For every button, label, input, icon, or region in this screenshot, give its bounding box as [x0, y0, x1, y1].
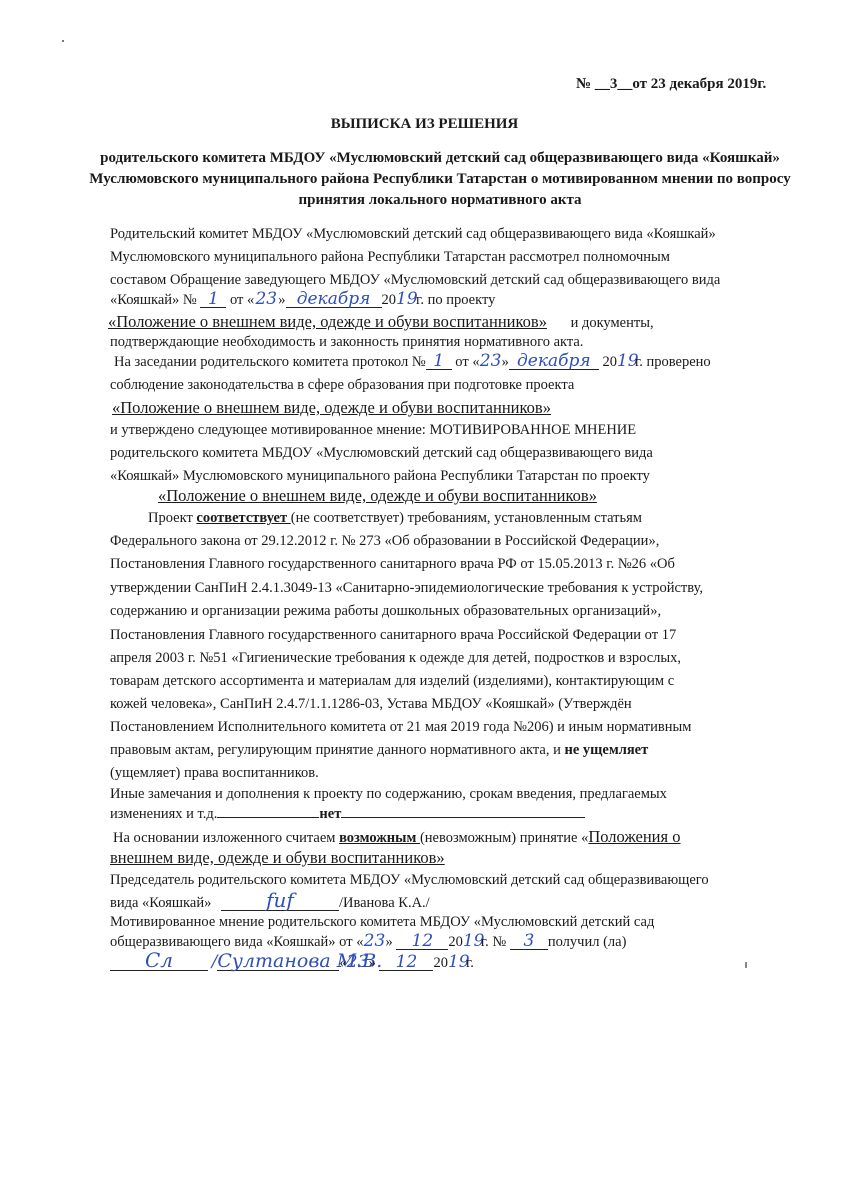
text-line: подтверждающие необходимость и законност…: [110, 334, 583, 351]
handwritten-field-day: 23: [347, 955, 369, 970]
text: г.: [466, 955, 474, 971]
scan-speck: [62, 40, 64, 42]
handwritten-field-month: декабря: [509, 354, 599, 370]
text-line: Родительский комитет МБДОУ «Муслюмовский…: [110, 226, 716, 243]
handwritten-field-year: 19: [617, 354, 635, 369]
document-number: № __3__от 23 декабря 2019г.: [576, 76, 766, 93]
recipient-signature-field: Сл: [110, 953, 208, 971]
text-line: «Кояшкай» № 1 от «23»декабря2019г. по пр…: [110, 292, 495, 309]
project-name-part: внешнем виде, одежде и обуви воспитанник…: [110, 848, 445, 867]
text: г. проверено: [635, 354, 711, 370]
handwritten-day: 23: [480, 351, 502, 371]
text-line: «Положение о внешнем виде, одежде и обув…: [112, 398, 551, 418]
handwritten-field-month: 12: [396, 934, 448, 950]
text: »: [369, 955, 376, 971]
conformity-status: соответствует: [196, 510, 290, 526]
remarks-value: нет: [319, 806, 341, 822]
text: «: [339, 955, 346, 971]
text: «Кояшкай» №: [110, 292, 197, 308]
text-line: Постановлением Исполнительного комитета …: [110, 719, 691, 736]
rights-status: не ущемляет: [564, 742, 648, 758]
handwritten-field-day: 23: [254, 292, 278, 307]
text: получил (ла): [548, 934, 627, 950]
handwritten-field-number: 3: [510, 934, 548, 950]
text-line: общеразвивающего вида «Кояшкай» от «23» …: [110, 934, 626, 951]
blank-line: [341, 817, 585, 818]
handwritten-field-month: декабря: [286, 292, 382, 308]
text: 20: [382, 292, 397, 308]
text: 20: [433, 955, 448, 971]
text-line: составом Обращение заведующего МБДОУ «Му…: [110, 272, 720, 289]
text-line: Мотивированное мнение родительского коми…: [110, 914, 654, 931]
handwritten-field-month: 12: [379, 955, 433, 971]
handwritten-day: 23: [255, 289, 277, 309]
text: На заседании родительского комитета прот…: [114, 354, 426, 370]
text: от «: [230, 292, 254, 308]
text: изменениях и т.д.: [110, 806, 217, 822]
text-line: утверждении СанПиН 2.4.1.3049-13 «Санита…: [110, 580, 703, 597]
text-line: Муслюмовского муниципального района Респ…: [110, 249, 670, 266]
text-line: и утверждено следующее мотивированное мн…: [110, 422, 636, 439]
handwritten-year: 19: [396, 289, 418, 309]
text-line: изменениях и т.д.нет: [110, 806, 585, 823]
text: и документы,: [571, 315, 654, 331]
chairman-signature: fuf: [266, 888, 294, 912]
project-name-part: Положения о: [588, 827, 680, 846]
text-line: апреля 2003 г. №51 «Гигиенические требов…: [110, 650, 681, 667]
chairman-name: /Иванова К.А./: [339, 895, 430, 911]
text: вида «Кояшкай»: [110, 895, 211, 911]
project-name: «Положение о внешнем виде, одежде и обув…: [108, 312, 547, 331]
text-line: «Положение о внешнем виде, одежде и обув…: [158, 486, 597, 506]
text-line: Постановления Главного государственного …: [110, 627, 676, 644]
handwritten-number: 1: [208, 289, 219, 309]
handwritten-month: 12: [396, 952, 418, 972]
text-line: Иные замечания и дополнения к проекту по…: [110, 786, 667, 803]
handwritten-field-year: 19: [448, 955, 466, 970]
chairman-signature-field: fuf: [221, 893, 339, 911]
text: »: [385, 934, 392, 950]
text-line: (ущемляет) права воспитанников.: [110, 765, 319, 782]
text-line: Федерального закона от 29.12.2012 г. № 2…: [110, 533, 659, 550]
text-line: кожей человека», СанПиН 2.4.7/1.1.1286-0…: [110, 696, 632, 713]
text: »: [502, 354, 509, 370]
handwritten-field-year: 19: [463, 934, 481, 949]
document-title: ВЫПИСКА ИЗ РЕШЕНИЯ: [0, 116, 849, 133]
handwritten-field-year: 19: [396, 292, 416, 307]
recipient-name-field: Султанова М.В.: [217, 954, 339, 971]
text: правовым актам, регулирующим принятие да…: [110, 742, 564, 758]
handwritten-day: 23: [347, 952, 369, 972]
text: Проект: [148, 510, 196, 526]
text-line: вида «Кояшкай» fuf/Иванова К.А./: [110, 893, 430, 912]
recipient-signature: Сл: [145, 948, 173, 972]
text-line: Постановления Главного государственного …: [110, 556, 675, 573]
text-line: соблюдение законодательства в сфере обра…: [110, 377, 574, 394]
scan-speck: [745, 962, 747, 968]
blank-line: [217, 817, 319, 818]
text-line: На основании изложенного считаем возможн…: [113, 827, 680, 847]
handwritten-field-number: 1: [426, 354, 452, 370]
text-line: Сл /Султанова М.В.«23» 122019г.: [110, 952, 474, 972]
handwritten-number: 3: [523, 931, 534, 951]
text-line: родительского комитета МБДОУ «Муслюмовск…: [110, 445, 653, 462]
text: 20: [602, 354, 617, 370]
text: »: [278, 292, 285, 308]
text: от «: [455, 354, 479, 370]
text: На основании изложенного считаем: [113, 830, 339, 846]
text-line: Председатель родительского комитета МБДО…: [110, 872, 709, 889]
text: 20: [448, 934, 463, 950]
text-line: На заседании родительского комитета прот…: [114, 354, 711, 371]
decision-status: возможным: [339, 830, 420, 846]
text-line: товарам детского ассортимента и материал…: [110, 673, 674, 690]
handwritten-day: 23: [364, 931, 386, 951]
handwritten-field-day: 23: [363, 934, 385, 949]
text-line: внешнем виде, одежде и обуви воспитанник…: [110, 848, 445, 868]
text-line: правовым актам, регулирующим принятие да…: [110, 742, 648, 759]
handwritten-field-day: 23: [480, 354, 502, 369]
text-line: Проект соответствует (не соответствует) …: [148, 510, 642, 527]
text-line: содержанию и организации режима работы д…: [110, 603, 661, 620]
handwritten-number: 1: [433, 351, 444, 371]
document-subtitle: родительского комитета МБДОУ «Муслюмовск…: [60, 148, 820, 211]
project-name: «Положение о внешнем виде, одежде и обув…: [158, 486, 597, 505]
handwritten-month: 12: [412, 931, 434, 951]
text-line: «Положение о внешнем виде, одежде и обув…: [108, 312, 654, 332]
text: г. №: [481, 934, 506, 950]
text: (невозможным) принятие «: [420, 830, 588, 846]
handwritten-field-number: 1: [200, 292, 226, 308]
text: (не соответствует) требованиям, установл…: [291, 510, 642, 526]
project-name: «Положение о внешнем виде, одежде и обув…: [112, 398, 551, 417]
text: г. по проекту: [416, 292, 495, 308]
handwritten-month: декабря: [517, 351, 591, 371]
text-line: «Кояшкай» Муслюмовского муниципального р…: [110, 468, 650, 485]
handwritten-month: декабря: [297, 289, 371, 309]
